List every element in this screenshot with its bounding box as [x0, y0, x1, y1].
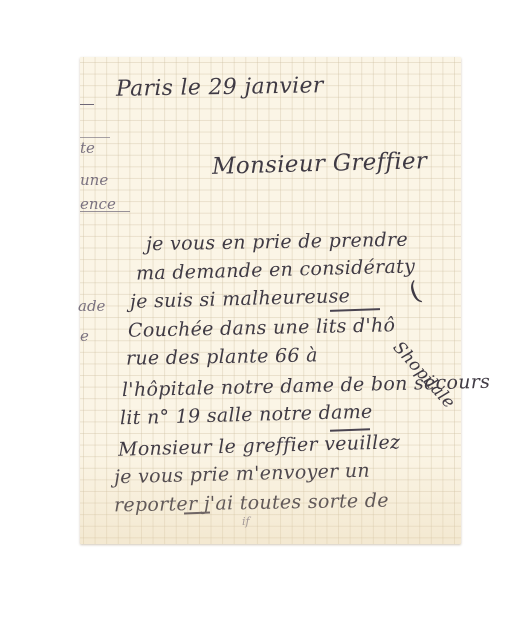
letter-line: je vous en prie de prendre: [146, 231, 408, 255]
letter-line: je suis si malheureuse: [130, 287, 351, 312]
margin-dash: [80, 104, 94, 105]
margin-bleed-text: te: [80, 141, 95, 156]
bracket-mark: (: [406, 278, 424, 306]
margin-dash: [80, 137, 110, 138]
letter-line: je vous prie m'envoyer un: [114, 462, 370, 488]
letter-line: lit n° 19 salle notre dame: [120, 403, 373, 429]
ink-mark: if: [242, 515, 250, 528]
letter-line: rue des plante 66 à: [126, 346, 318, 368]
margin-bleed-text: e: [80, 329, 89, 344]
letter-sheet: te une ence ade e Paris le 29 janvier Mo…: [80, 57, 461, 544]
underline-stroke: [330, 428, 370, 431]
margin-dash: [80, 211, 130, 212]
letter-line: Monsieur le greffier veuillez: [118, 433, 401, 459]
margin-bleed-text: une: [80, 173, 108, 188]
letter-line: ma demande en considératy: [136, 257, 416, 283]
letter-line: Couchée dans une lits d'hô: [128, 316, 396, 341]
letter-date: Paris le 29 janvier: [116, 75, 324, 101]
margin-bleed-text: ence: [80, 197, 116, 212]
underline-stroke: [330, 308, 380, 311]
letter-salutation: Monsieur Greffier: [212, 150, 428, 179]
letter-line: reporter j'ai toutes sorte de: [114, 492, 389, 516]
margin-bleed-text: ade: [78, 299, 105, 314]
